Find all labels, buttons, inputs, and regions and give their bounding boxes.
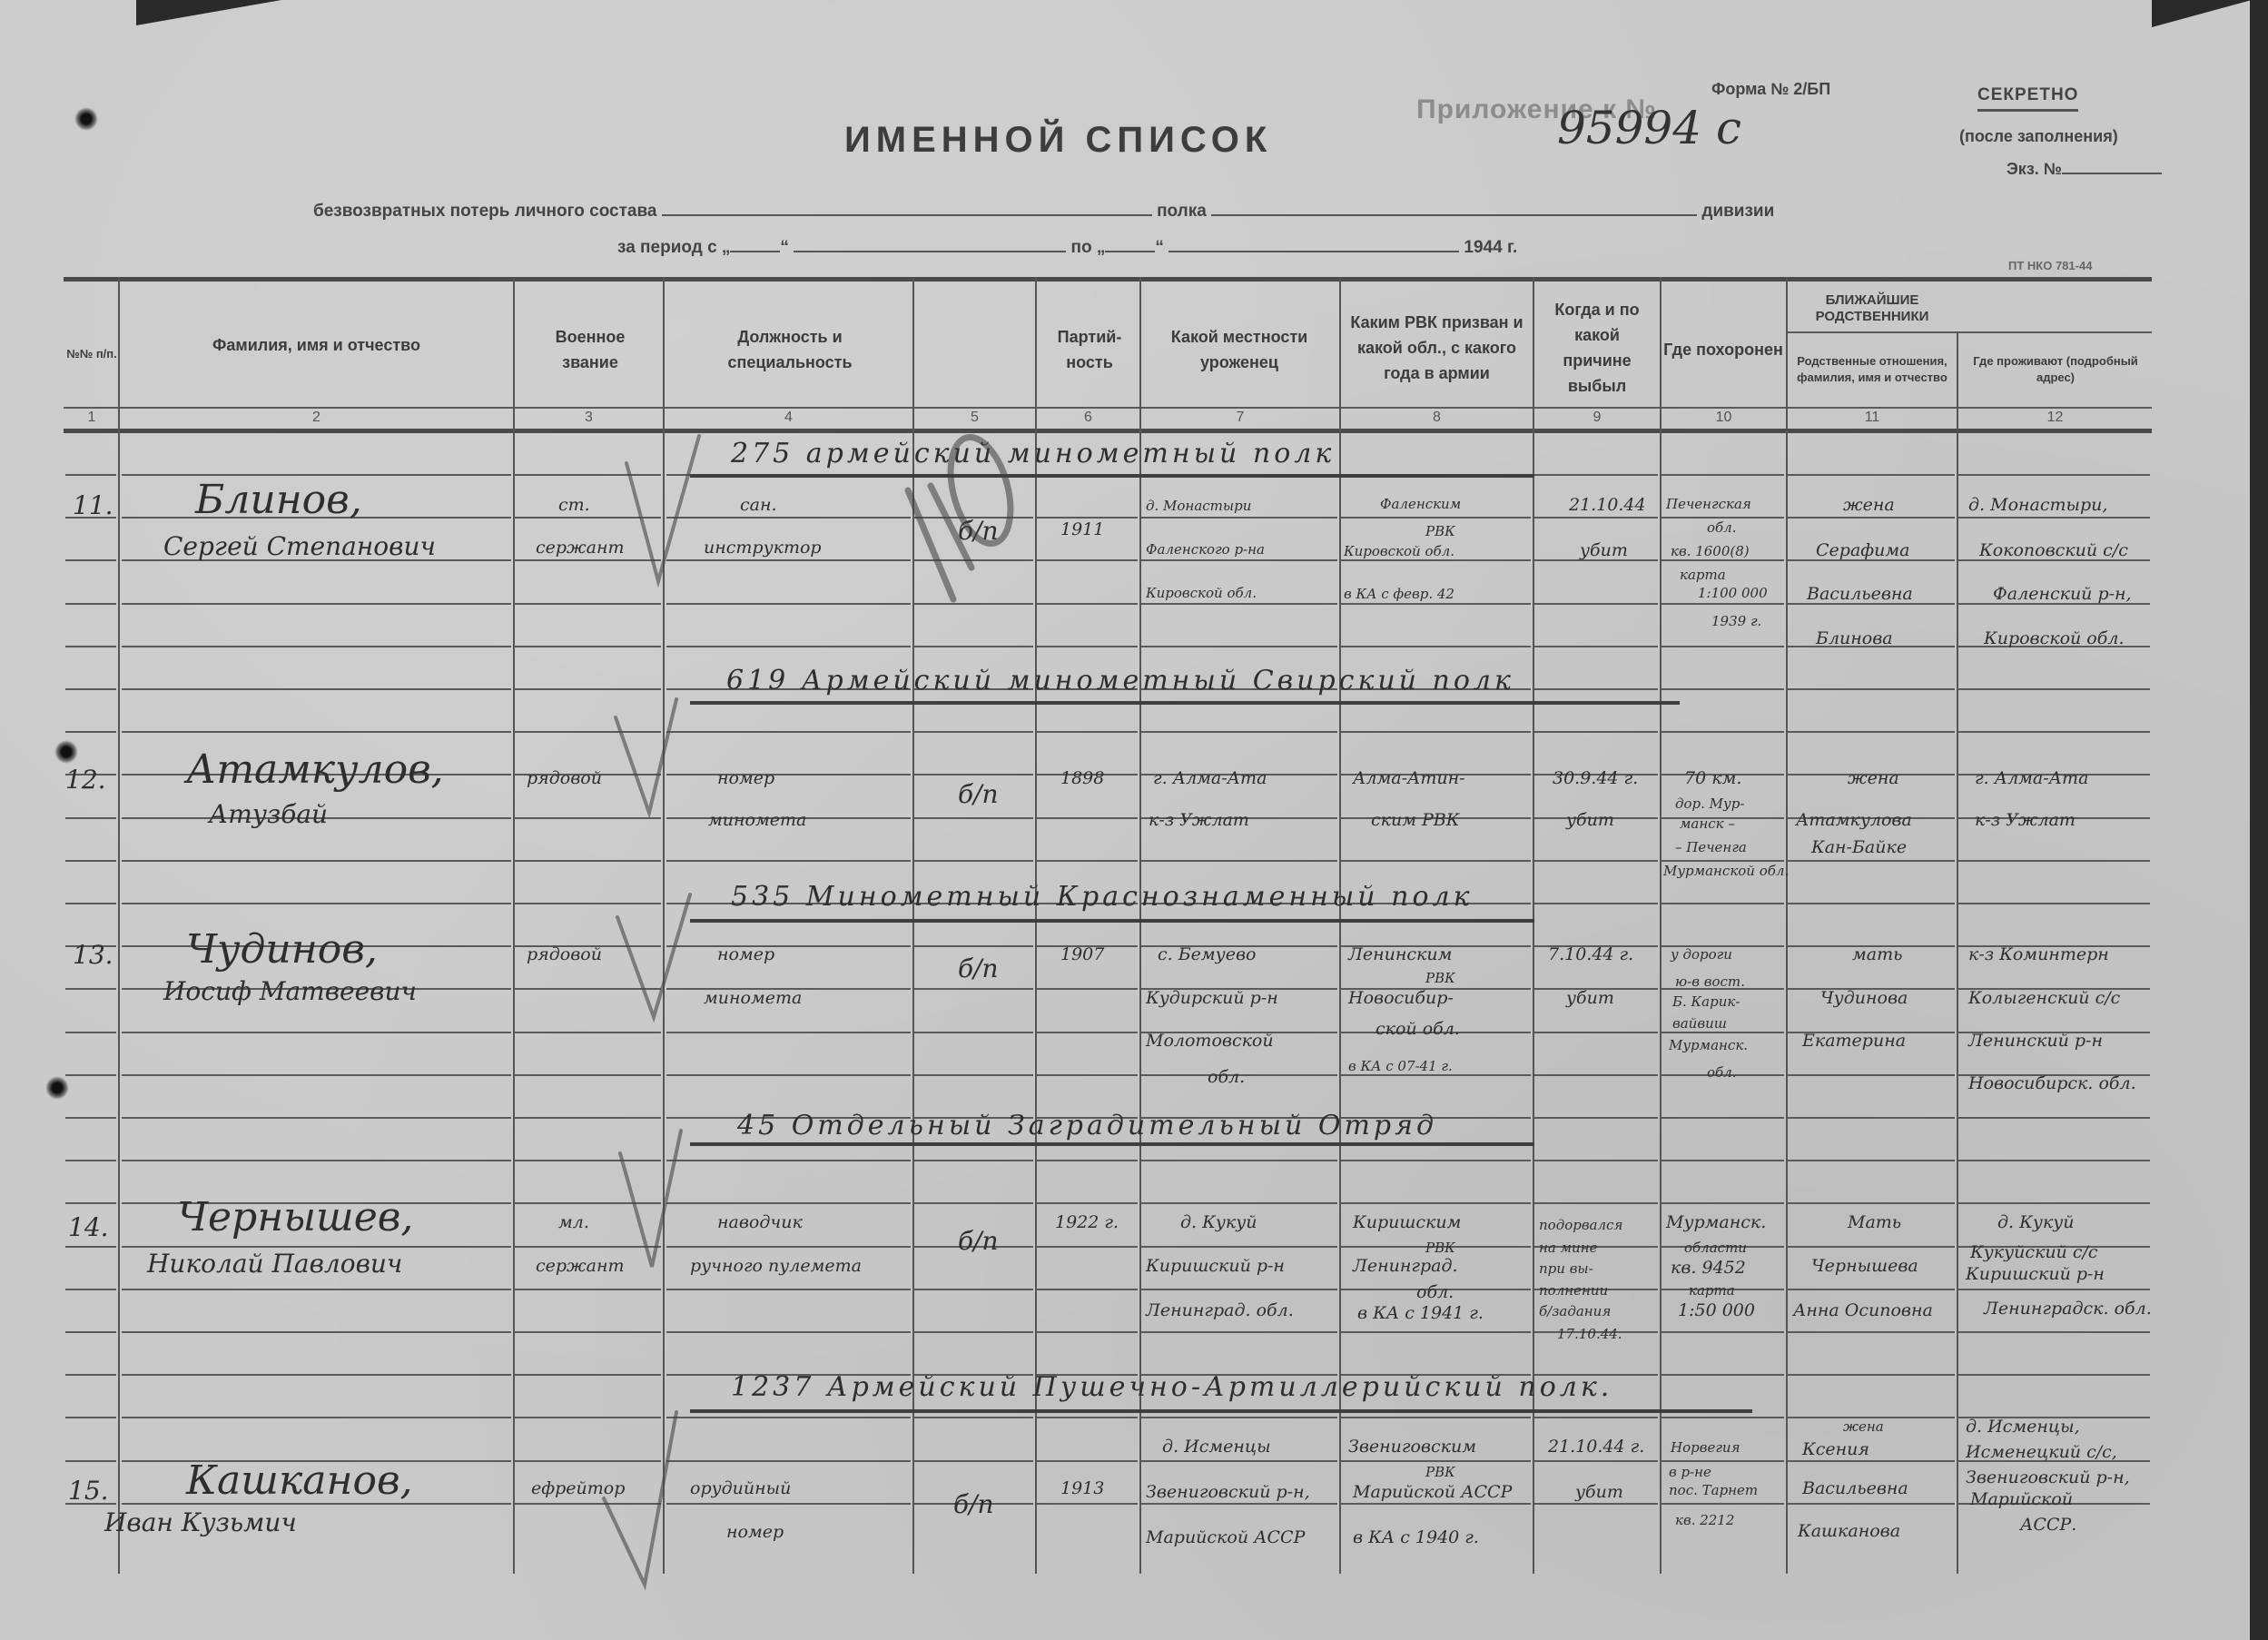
check-mark-icon (620, 1131, 681, 1267)
check-mark-icon (604, 1412, 676, 1585)
check-mark-icon (626, 436, 699, 581)
check-marks (0, 0, 2268, 1640)
check-mark-icon (616, 699, 676, 813)
check-mark-icon (617, 894, 690, 1017)
document-sheet: ИМЕННОЙ СПИСОК безвозвратных потерь личн… (0, 0, 2250, 1640)
